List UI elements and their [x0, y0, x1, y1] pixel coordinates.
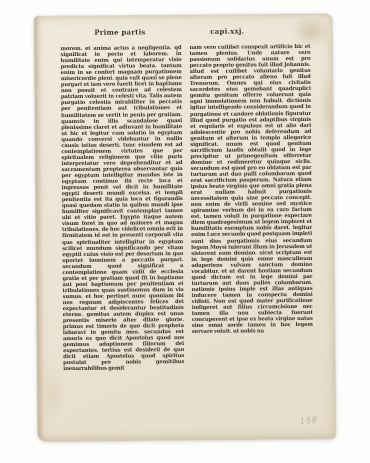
- photo-backdrop: Prime partis capi.xxj. morem. et anima a…: [0, 0, 370, 463]
- pencil-folio-number: 158: [299, 415, 318, 426]
- manuscript-leaf: Prime partis capi.xxj. morem. et anima a…: [34, 14, 336, 442]
- text-column-left: morem. et anima actus a negligentia. qd …: [60, 45, 184, 374]
- running-title: Prime partis: [94, 27, 145, 36]
- text-block: morem. et anima actus a negligentia. qd …: [60, 44, 313, 374]
- text-column-right: nam vero cuilibet conspexit artificio hi…: [189, 44, 313, 373]
- chapter-number: capi.xxj.: [210, 26, 244, 35]
- leaf-left-edge-shading: [34, 16, 45, 441]
- stain-right-edge: [319, 74, 336, 144]
